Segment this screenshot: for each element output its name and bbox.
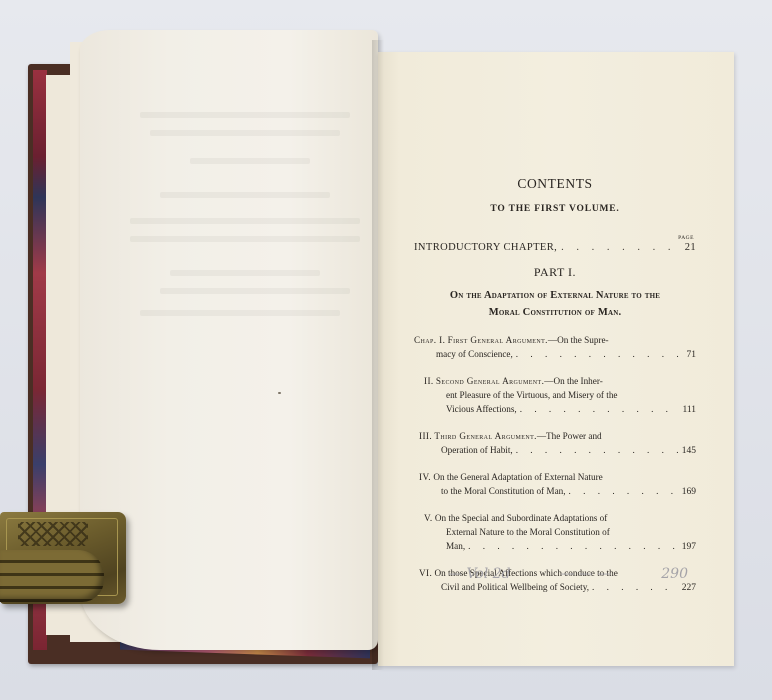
- brass-hand-clamp: [0, 512, 126, 604]
- bleed-through-text: [130, 218, 360, 224]
- toc-entry-introductory: INTRODUCTORY CHAPTER, . . . . . . . . . …: [414, 241, 696, 255]
- entry-label: macy of Conscience,: [436, 347, 513, 361]
- part-subtitle: On the Adaptation of External Nature to …: [414, 287, 696, 321]
- chapter-head: III. Third General Argument.—The Power a…: [419, 429, 696, 443]
- leader-dots: . . . . . . . . . . . . . . . . . . . . …: [592, 580, 679, 594]
- entry-label: INTRODUCTORY CHAPTER,: [414, 241, 557, 255]
- leader-dots: . . . . . . . . . . . . . . . . . . . . …: [516, 443, 679, 457]
- book-photo-scene: CONTENTS TO THE FIRST VOLUME. PAGE INTRO…: [0, 0, 772, 700]
- chapter-number: Chap. I.: [414, 335, 445, 345]
- contents-title: CONTENTS: [414, 176, 696, 192]
- chapter-head: IV. On the General Adaptation of Externa…: [419, 470, 696, 484]
- entry-page: 197: [682, 540, 696, 554]
- entry-page: 21: [685, 241, 696, 255]
- leader-dots: . . . . . . . . . . . . . . . . . . . . …: [569, 484, 679, 498]
- paper-speck: [278, 392, 281, 394]
- book-gutter-shadow: [372, 40, 384, 670]
- chapter-head-rest: —The Power and: [537, 431, 602, 441]
- entry-page: 111: [682, 403, 696, 417]
- clamp-hand-fingers: [0, 550, 104, 602]
- pencil-page-count: 290: [661, 566, 688, 582]
- contents-subtitle: TO THE FIRST VOLUME.: [414, 204, 696, 214]
- chapter-head-rest: —On the Inher-: [544, 376, 603, 386]
- table-of-contents: CONTENTS TO THE FIRST VOLUME. PAGE INTRO…: [414, 176, 696, 595]
- entry-label: Civil and Political Wellbeing of Society…: [441, 580, 589, 594]
- entry-label: Operation of Habit,: [441, 443, 513, 457]
- chapter-number: III.: [419, 431, 432, 441]
- entry-label: Vicious Affections,: [446, 402, 517, 416]
- entry-page: 145: [682, 444, 696, 458]
- bleed-through-text: [130, 236, 360, 242]
- pencil-dashes: — — —: [560, 566, 611, 582]
- chapter-last-line: Civil and Political Wellbeing of Society…: [419, 580, 696, 595]
- bleed-through-text: [170, 270, 320, 276]
- bleed-through-text: [160, 192, 330, 198]
- part-subtitle-line: Moral Constitution of Man.: [414, 304, 696, 321]
- bleed-through-text: [160, 288, 350, 294]
- leader-dots: . . . . . . . . . . . . . . . . . . . . …: [561, 241, 681, 255]
- chapter-last-line: to the Moral Constitution of Man, . . . …: [419, 484, 696, 499]
- toc-entry-chapter: V. On the Special and Subordinate Adapta…: [414, 511, 696, 554]
- chapter-head-rest: On the Special and Subordinate Adaptatio…: [435, 513, 608, 523]
- chapter-middle-line: ent Pleasure of the Virtuous, and Misery…: [424, 388, 696, 402]
- bleed-through-text: [140, 310, 340, 316]
- entry-page: 169: [682, 485, 696, 499]
- chapter-title: Third General Argument.: [434, 431, 536, 441]
- toc-entry-chapter: III. Third General Argument.—The Power a…: [414, 429, 696, 458]
- bleed-through-text: [150, 130, 340, 136]
- part-heading: PART I.: [414, 265, 696, 280]
- chapter-last-line: Operation of Habit, . . . . . . . . . . …: [419, 443, 696, 458]
- leader-dots: . . . . . . . . . . . . . . . . . . . . …: [468, 539, 679, 553]
- toc-entry-chapter: Chap. I. First General Argument.—On the …: [414, 333, 696, 362]
- part-subtitle-line: On the Adaptation of External Nature to …: [414, 287, 696, 304]
- chapter-last-line: macy of Conscience, . . . . . . . . . . …: [414, 347, 696, 362]
- toc-entry-chapter: IV. On the General Adaptation of Externa…: [414, 470, 696, 499]
- leader-dots: . . . . . . . . . . . . . . . . . . . . …: [516, 347, 684, 361]
- chapter-number: II.: [424, 376, 434, 386]
- chapter-title: Second General Argument.: [436, 376, 544, 386]
- chapter-middle-line: External Nature to the Moral Constitutio…: [424, 525, 696, 539]
- entry-page: 71: [687, 348, 697, 362]
- chapter-head: V. On the Special and Subordinate Adapta…: [424, 511, 696, 525]
- chapter-head-rest: On the General Adaptation of External Na…: [433, 472, 602, 482]
- chapter-head: II. Second General Argument.—On the Inhe…: [424, 374, 696, 388]
- bleed-through-text: [190, 158, 310, 164]
- entry-label: Man,: [446, 539, 465, 553]
- chapter-number: VI.: [419, 568, 432, 578]
- chapter-head: Chap. I. First General Argument.—On the …: [414, 333, 696, 347]
- entry-label: to the Moral Constitution of Man,: [441, 484, 566, 498]
- pencil-annotation: — Vol 2d — — — 290: [448, 566, 688, 582]
- leader-dots: . . . . . . . . . . . . . . . . . . . . …: [520, 402, 680, 416]
- chapter-number: V.: [424, 513, 433, 523]
- chapter-head-rest: —On the Supre-: [548, 335, 609, 345]
- entry-page: 227: [682, 581, 696, 595]
- chapter-number: IV.: [419, 472, 431, 482]
- chapter-title: First General Argument.: [448, 335, 548, 345]
- clamp-lattice-cuff: [18, 522, 88, 546]
- toc-entry-chapter: II. Second General Argument.—On the Inhe…: [414, 374, 696, 417]
- chapter-last-line: Vicious Affections, . . . . . . . . . . …: [424, 402, 696, 417]
- bleed-through-text: [140, 112, 350, 118]
- pencil-volume-note: — Vol 2d: [448, 566, 511, 582]
- chapter-last-line: Man, . . . . . . . . . . . . . . . . . .…: [424, 539, 696, 554]
